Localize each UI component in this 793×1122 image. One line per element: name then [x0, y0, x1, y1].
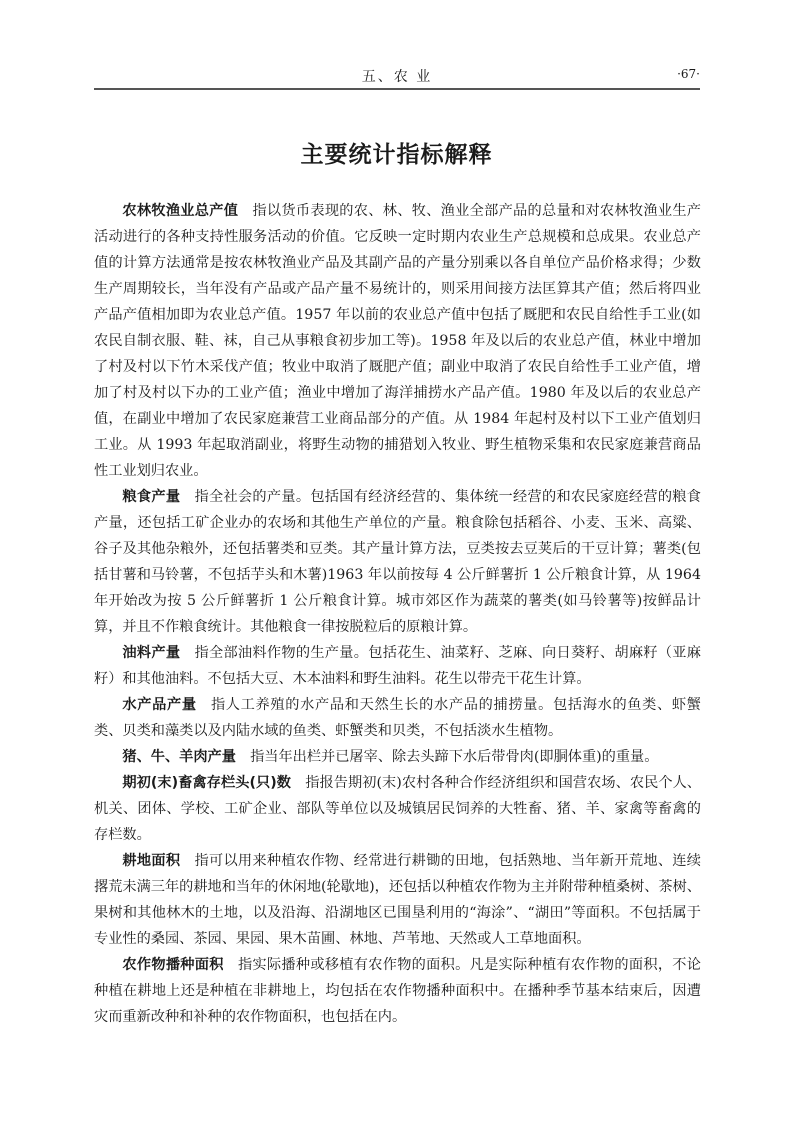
- definition-paragraph: 水产品产量指人工养殖的水产品和天然生长的水产品的捕捞量。包括海水的鱼类、虾蟹类、…: [94, 692, 701, 744]
- definition-paragraph: 粮食产量指全社会的产量。包括国有经济经营的、集体统一经营的和农民家庭经营的粮食产…: [94, 484, 701, 640]
- page-title: 主要统计指标解释: [0, 136, 793, 169]
- definition-term: 农作物播种面积: [122, 957, 223, 973]
- definition-paragraph: 耕地面积指可以用来种植农作物、经常进行耕锄的田地，包括熟地、当年新开荒地、连续撂…: [94, 848, 701, 952]
- definition-text: 指全部油料作物的生产量。包括花生、油菜籽、芝麻、向日葵籽、胡麻籽（亚麻籽）和其他…: [94, 645, 701, 687]
- header-rule: [94, 88, 700, 90]
- definition-term: 期初(末)畜禽存栏头(只)数: [122, 775, 291, 791]
- definition-term: 粮食产量: [122, 489, 180, 505]
- definition-paragraph: 农林牧渔业总产值指以货币表现的农、林、牧、渔业全部产品的总量和对农林牧渔业生产活…: [94, 198, 701, 484]
- definition-term: 油料产量: [122, 645, 180, 661]
- definition-term: 猪、牛、羊肉产量: [122, 749, 236, 765]
- definition-term: 水产品产量: [122, 697, 196, 713]
- chapter-title: 五、农 业: [94, 66, 700, 86]
- definition-text: 指可以用来种植农作物、经常进行耕锄的田地，包括熟地、当年新开荒地、连续撂荒未满三…: [94, 853, 701, 947]
- definition-term: 耕地面积: [122, 853, 180, 869]
- page-number: ·67·: [677, 67, 700, 81]
- running-head: 五、农 业 ·67·: [94, 64, 700, 88]
- definition-term: 农林牧渔业总产值: [122, 203, 238, 219]
- definition-text: 指全社会的产量。包括国有经济经营的、集体统一经营的和农民家庭经营的粮食产量，还包…: [94, 489, 701, 635]
- definition-paragraph: 油料产量指全部油料作物的生产量。包括花生、油菜籽、芝麻、向日葵籽、胡麻籽（亚麻籽…: [94, 640, 701, 692]
- definition-paragraph: 期初(末)畜禽存栏头(只)数指报告期初(末)农村各种合作经济组织和国营农场、农民…: [94, 770, 701, 848]
- definition-paragraph: 猪、牛、羊肉产量指当年出栏并已屠宰、除去头蹄下水后带骨肉(即胴体重)的重量。: [94, 744, 701, 770]
- definition-paragraph: 农作物播种面积指实际播种或移植有农作物的面积。凡是实际种植有农作物的面积，不论种…: [94, 952, 701, 1030]
- definitions-body: 农林牧渔业总产值指以货币表现的农、林、牧、渔业全部产品的总量和对农林牧渔业生产活…: [94, 198, 701, 1030]
- definition-text: 指当年出栏并已屠宰、除去头蹄下水后带骨肉(即胴体重)的重量。: [250, 749, 658, 765]
- definition-text: 指以货币表现的农、林、牧、渔业全部产品的总量和对农林牧渔业生产活动进行的各种支持…: [94, 203, 701, 479]
